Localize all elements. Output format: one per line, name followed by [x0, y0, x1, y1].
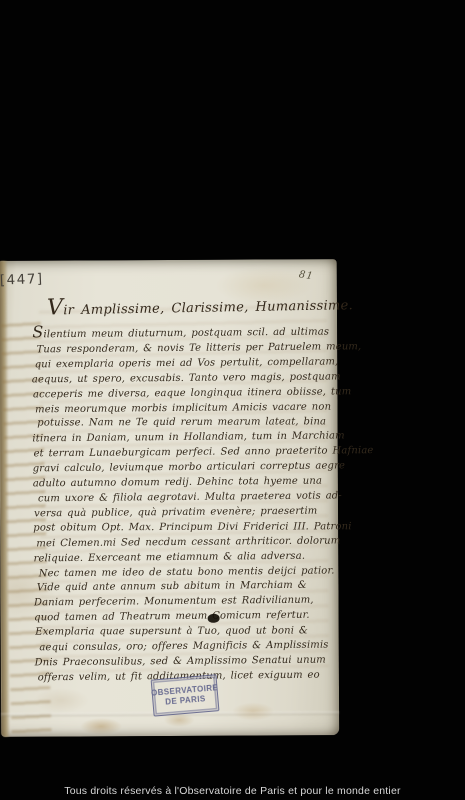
folio-number: 81	[298, 269, 314, 282]
copyright-caption: Tous droits réservés à l'Observatoire de…	[0, 785, 465, 797]
manuscript-page: [447] 81 Vir Amplissime, Clarissime, Hum…	[0, 259, 339, 737]
manuscript-line: potuisse. Nam ne Te quid rerum mearum la…	[37, 416, 332, 432]
letter-body: Silentium meum diuturnum, postquam scil.…	[31, 322, 334, 686]
archival-number: [447]	[0, 271, 44, 289]
stamp-border: OBSERVATOIRE DE PARIS	[151, 674, 220, 716]
observatoire-stamp: OBSERVATOIRE DE PARIS	[151, 674, 220, 716]
manuscript-line: post obitum Opt. Max. Principum Divi Fri…	[33, 520, 333, 536]
viewer-background: [447] 81 Vir Amplissime, Clarissime, Hum…	[0, 0, 465, 800]
salutation-line: Vir Amplissime, Clarissime, Humanissime.	[47, 290, 353, 320]
manuscript-line: Exemplaria quae supersunt à Tuo, quod ut…	[35, 624, 334, 640]
